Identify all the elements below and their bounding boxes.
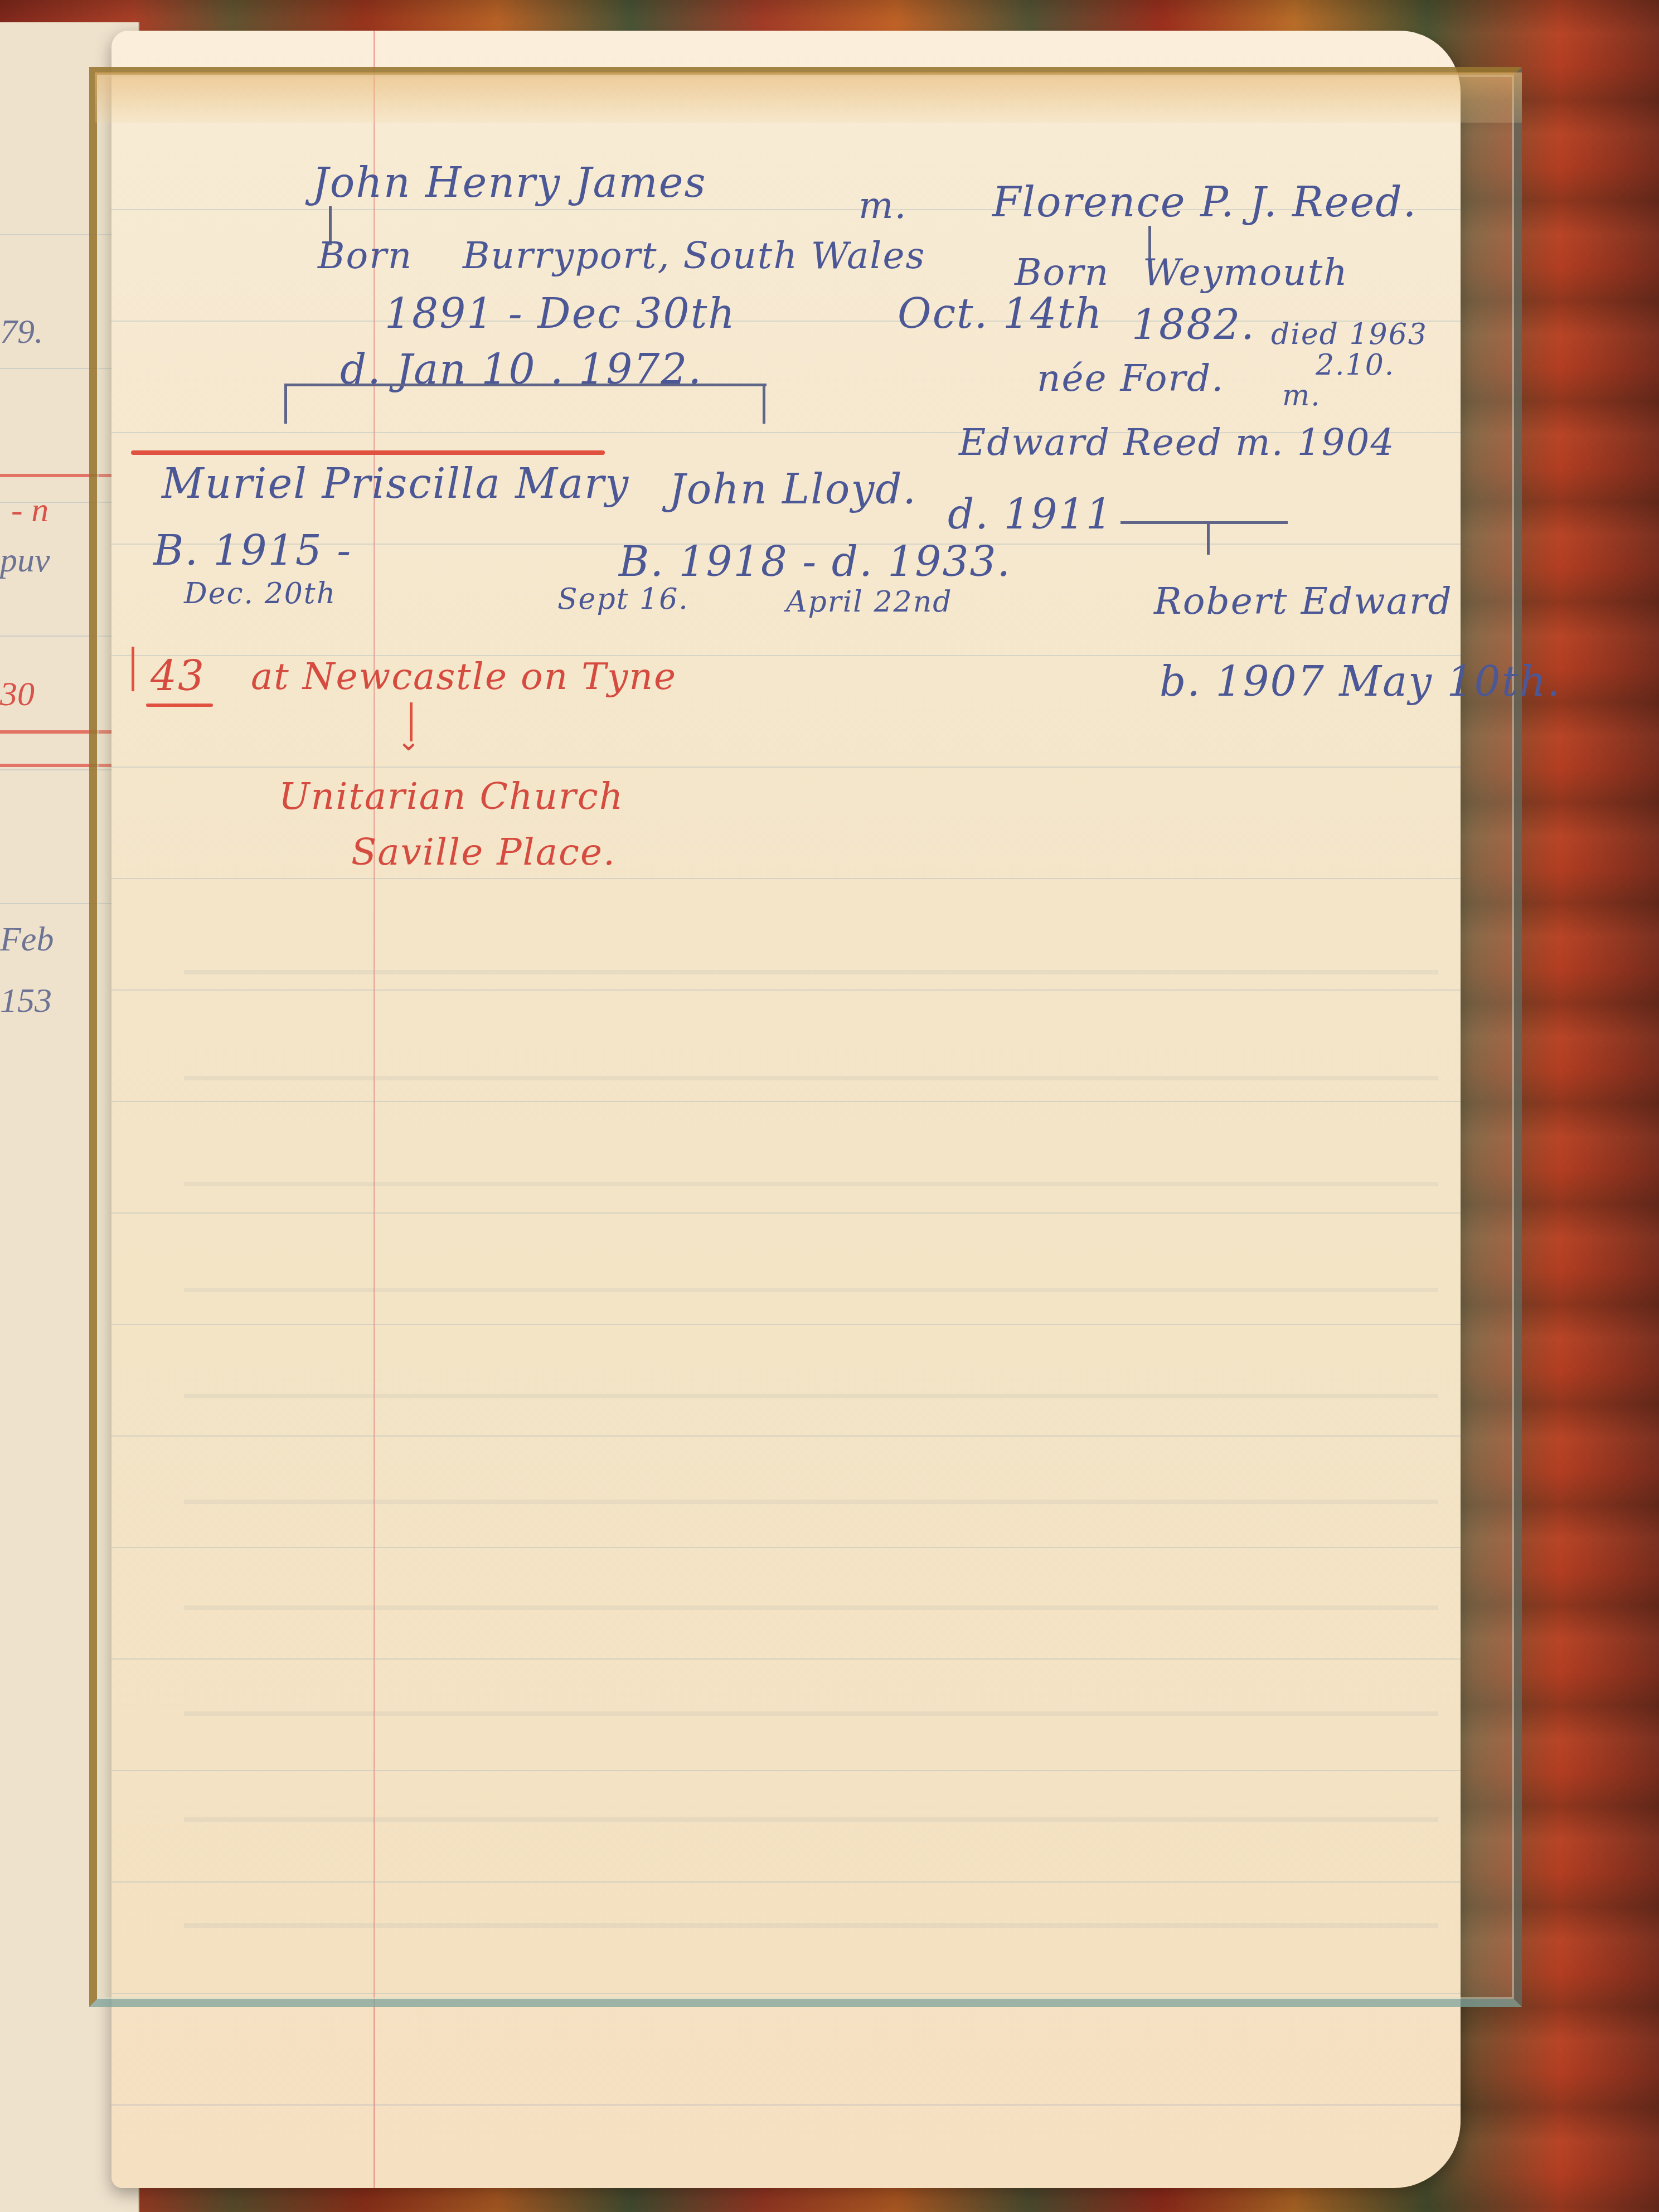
left-page-fragment: 79.: [0, 312, 43, 352]
father-death-date: d. Jan 10 . 1972.: [340, 346, 702, 394]
left-page-fragment: - n: [11, 491, 48, 530]
red-underline: [131, 450, 605, 455]
mother-maiden-mark: m.: [1282, 379, 1321, 413]
father-born-label: Born: [318, 234, 413, 277]
tree-connector: [1207, 521, 1210, 555]
left-page-fragment: Feb: [0, 920, 54, 959]
left-page-fragment: 153: [0, 981, 52, 1021]
mother-born-label: Born: [1015, 251, 1109, 294]
half-sibling-name: Robert Edward: [1154, 580, 1453, 623]
child-birth: B. 1915 -: [153, 527, 352, 575]
child-birth-day: Dec. 20th: [184, 577, 336, 610]
father-birth-date: 1891 - Dec 30th: [385, 290, 736, 338]
mother-maiden-name: née Ford.: [1037, 357, 1224, 400]
marriage-mark: m.: [858, 184, 908, 227]
mother-birth-year: 1882.: [1132, 301, 1255, 349]
church-location: Saville Place.: [351, 831, 616, 874]
marriage-age: 43: [151, 652, 205, 700]
mother-death-note: died 1963: [1271, 318, 1428, 351]
left-page-fragment: puv: [0, 541, 50, 580]
tree-connector: [1120, 521, 1288, 524]
child-birth-death: B. 1918 - d. 1933.: [619, 538, 1011, 586]
child-death-day: April 22nd: [786, 585, 952, 619]
glass-plate: [89, 67, 1522, 2007]
left-page-fragment: 30: [0, 675, 35, 714]
mother-birthplace: Weymouth: [1143, 251, 1348, 294]
half-sibling-birth: b. 1907 May 10th.: [1160, 658, 1561, 706]
first-husband: Edward Reed m. 1904: [959, 421, 1395, 464]
child-birth-day: Sept 16.: [557, 583, 689, 616]
tree-connector: [284, 384, 767, 386]
first-husband-death: d. 1911: [948, 491, 1113, 539]
mother-birth-day: Oct. 14th: [898, 290, 1103, 338]
page-curl-shadow: [95, 72, 1522, 123]
father-birthplace: Burryport, South Wales: [463, 234, 925, 277]
child-name: Muriel Priscilla Mary: [162, 460, 629, 508]
marriage-place: at Newcastle on Tyne: [251, 655, 677, 698]
red-margin-mark: [132, 647, 134, 691]
father-name: John Henry James: [312, 159, 706, 207]
tree-connector: [763, 385, 765, 424]
page-rule: [111, 2104, 1461, 2106]
tree-connector: [284, 385, 287, 424]
church-name: Unitarian Church: [279, 775, 624, 818]
mother-name: Florence P. J. Reed.: [992, 178, 1417, 226]
red-underline: [146, 704, 213, 707]
arrow-head-icon: ⌄: [397, 725, 421, 757]
mother-death-day: 2.10.: [1316, 348, 1395, 382]
child-name: John Lloyd.: [669, 465, 917, 513]
